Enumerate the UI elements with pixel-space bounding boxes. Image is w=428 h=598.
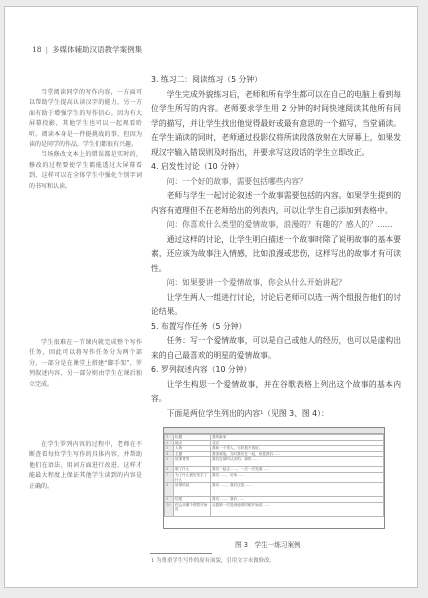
margin-note-paragraph: 当场修改文本上的错误都是实时的，修改的过程要使学生都能透过大屏幕看到，这样可以在… xyxy=(29,150,142,192)
row-value: 从我第一次见到他的时候开始讲…… xyxy=(211,502,384,516)
body-paragraph: 通过这样的讨论，让学生明白描述一个故事时除了说明故事的基本要素，还应该为故事注入… xyxy=(151,233,401,277)
row-number: 10 xyxy=(165,502,174,516)
running-head: 18 | 多媒体辅助汉语教学案例集 xyxy=(32,44,142,55)
margin-note-2: 学生很难在一节课内就完成整个写作任务，因此可以将写作任务分为两个部分，一部分是在… xyxy=(29,338,142,390)
body-paragraph: 老师与学生一起讨论叙述一个故事需要包括的内容。如果学生提到的内容有道理但不在老师… xyxy=(151,189,401,218)
margin-note-1: 当堂阅读同学的写作内容，一方面可以帮助学生提高认读汉字的能力，另一方面有助于增强… xyxy=(29,88,142,192)
figure-spreadsheet: 1标题我的新家 2地点北京 3人物我和一个男人，当时我不再好。 4主题我喜欢他，… xyxy=(163,427,385,529)
row-value: 我们……，我们还是…… xyxy=(211,483,384,497)
body-paragraph: 让学生两人一组进行讨论，讨论后老师可以选一两个组报告他们的讨论结果。 xyxy=(151,291,401,320)
question-paragraph: 问：你喜欢什么类型的爱情故事，浪漫的？有趣的？感人的？…… xyxy=(151,218,401,233)
row-label: 故事背景 xyxy=(174,457,211,467)
table-row: 5故事背景我们在那时认识的，那时…… xyxy=(165,457,384,467)
row-value: 我们……，后来…… xyxy=(211,472,384,482)
margin-note-paragraph: 当堂阅读同学的写作内容，一方面可以帮助学生提高认读汉字的能力，另一方面有助于增强… xyxy=(29,88,142,150)
spreadsheet-table: 1标题我的新家 2地点北京 3人物我和一个男人，当时我不再好。 4主题我喜欢他，… xyxy=(164,434,384,517)
row-number: 7 xyxy=(165,472,174,482)
section-heading: 5. 布置写作任务（5 分钟） xyxy=(151,320,401,335)
book-title: 多媒体辅助汉语教学案例集 xyxy=(52,44,142,55)
row-value: 我们在那时认识的，那时…… xyxy=(211,457,384,467)
footnote-text: 为尊重学生写作的原有面貌，引用文字未做修改。 xyxy=(156,558,275,564)
table-row: 8故事结局我们……，我们还是…… xyxy=(165,483,384,497)
footnote-divider xyxy=(150,553,212,554)
main-text: 3. 练习二：阅读练习（5 分钟） 学生完成外貌练习后，老师和所有学生都可以在自… xyxy=(151,73,401,421)
margin-note-paragraph: 在学生罗列内容的过程中，老师在不断查看每位学生写作的具体内容，并帮助他们在语法、… xyxy=(29,440,142,492)
body-paragraph: 学生完成外貌练习后，老师和所有学生都可以在自己的电脑上看到每位学生所写的内容。老… xyxy=(151,88,401,161)
footnote: 1 为尊重学生写作的原有面貌，引用文字未做修改。 xyxy=(151,556,275,564)
section-heading: 4. 启发性讨论（10 分钟） xyxy=(151,160,401,175)
body-paragraph: 下面是两位学生列出的内容¹（见图 3、图 4）： xyxy=(151,407,401,422)
row-label: 为了什么最后发生了什么 xyxy=(174,472,211,482)
question-paragraph: 问：一个好的故事，需要包括哪些内容？ xyxy=(151,175,401,190)
row-label: 你会从哪个情景开始讲 xyxy=(174,502,211,516)
footnote-number: 1 xyxy=(151,558,154,564)
row-number: 8 xyxy=(165,483,174,497)
document-page: 18 | 多媒体辅助汉语教学案例集 当堂阅读同学的写作内容，一方面可以帮助学生提… xyxy=(4,6,418,588)
figure-caption: 图 3 学生一练习案例 xyxy=(235,539,301,549)
margin-note-3: 在学生罗列内容的过程中，老师在不断查看每位学生写作的具体内容，并帮助他们在语法、… xyxy=(29,440,142,492)
section-heading: 6. 罗列叙述内容（10 分钟） xyxy=(151,363,401,378)
row-number: 5 xyxy=(165,457,174,467)
page-number: 18 xyxy=(32,45,42,54)
section-heading: 3. 练习二：阅读练习（5 分钟） xyxy=(151,73,401,88)
row-label: 故事结局 xyxy=(174,483,211,497)
table-row: 7为了什么最后发生了什么我们……，后来…… xyxy=(165,472,384,482)
header-separator: | xyxy=(46,45,49,54)
question-paragraph: 问：如果要讲一个爱情故事，你会从什么开始讲起？ xyxy=(151,276,401,291)
table-row: 10你会从哪个情景开始讲从我第一次见到他的时候开始讲…… xyxy=(165,502,384,516)
margin-note-paragraph: 学生很难在一节课内就完成整个写作任务，因此可以将写作任务分为两个部分，一部分是在… xyxy=(29,338,142,390)
body-paragraph: 任务：写一个爱情故事，可以是自己或他人的经历，也可以是虚构出来的自己最喜欢的明星… xyxy=(151,334,401,363)
body-paragraph: 让学生构思一个爱情故事，并在谷歌表格上列出这个故事的基本内容。 xyxy=(151,378,401,407)
